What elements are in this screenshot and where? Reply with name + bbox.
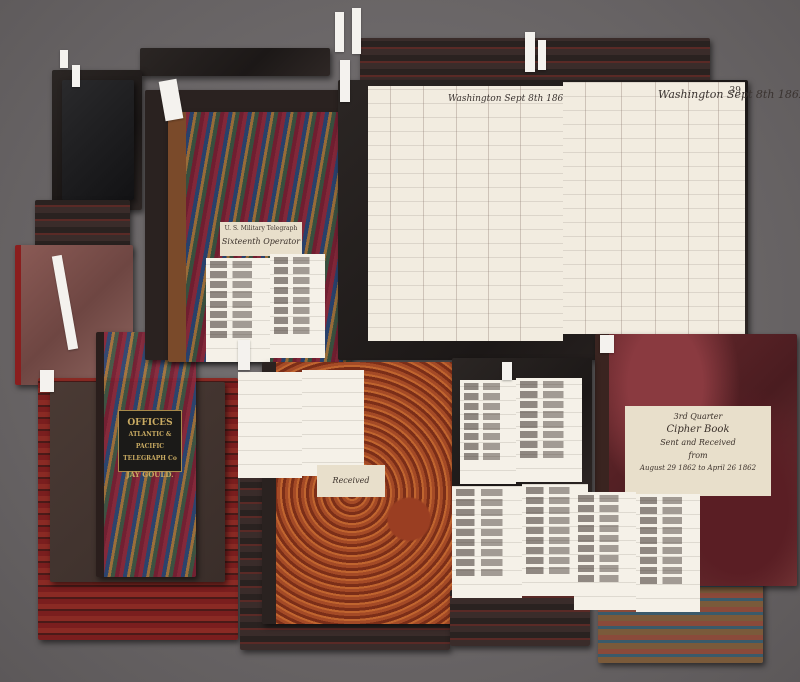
pamphlet-left-page xyxy=(238,372,302,478)
bookmark-tab xyxy=(502,362,512,380)
bookmark-tab xyxy=(600,335,614,353)
bookmark-tab xyxy=(340,60,350,102)
received-slip: Received xyxy=(317,465,385,497)
military-telegraph-label: U. S. Military Telegraph Sixteenth Opera… xyxy=(220,222,302,256)
ledger-heading-left: Washington Sept 8th 1862 xyxy=(448,94,569,104)
small-ledger-stack xyxy=(450,590,590,646)
ledger-page-number: 39 xyxy=(730,86,741,96)
bookmark-tab xyxy=(352,8,361,54)
bookmark-tab xyxy=(60,50,68,68)
ledger-right-page: Washington Sept 8th 1862 39 xyxy=(563,82,745,334)
bookmark-tab xyxy=(40,370,54,392)
back-ledger-1 xyxy=(140,48,330,76)
notebook-left-page xyxy=(452,486,522,598)
telegraph-gilt-label: OFFICES ATLANTIC & PACIFIC TELEGRAPH Co … xyxy=(118,410,182,472)
bookmark-tab xyxy=(238,340,250,370)
pocket-book-right-page xyxy=(636,494,700,612)
bookmark-tab xyxy=(538,40,546,70)
cipher-book-label: 3rd Quarter Cipher Book Sent and Receive… xyxy=(625,406,771,496)
bookmark-tab xyxy=(335,12,344,52)
bookmark-tab xyxy=(72,65,80,87)
bookmark-tab xyxy=(525,32,535,72)
ledger-left-page: Washington Sept 8th 1862 xyxy=(368,86,563,341)
pocket-book-left-page xyxy=(574,492,636,610)
open-pocket-ledger-right xyxy=(270,254,325,358)
black-folio xyxy=(62,80,134,200)
index-book-right xyxy=(516,378,582,482)
pamphlet-right-page xyxy=(302,370,364,476)
atlantic-pacific-telegraph-book: OFFICES ATLANTIC & PACIFIC TELEGRAPH Co … xyxy=(96,332,196,577)
index-book-left xyxy=(460,380,516,484)
back-ledger-stack xyxy=(360,38,710,83)
